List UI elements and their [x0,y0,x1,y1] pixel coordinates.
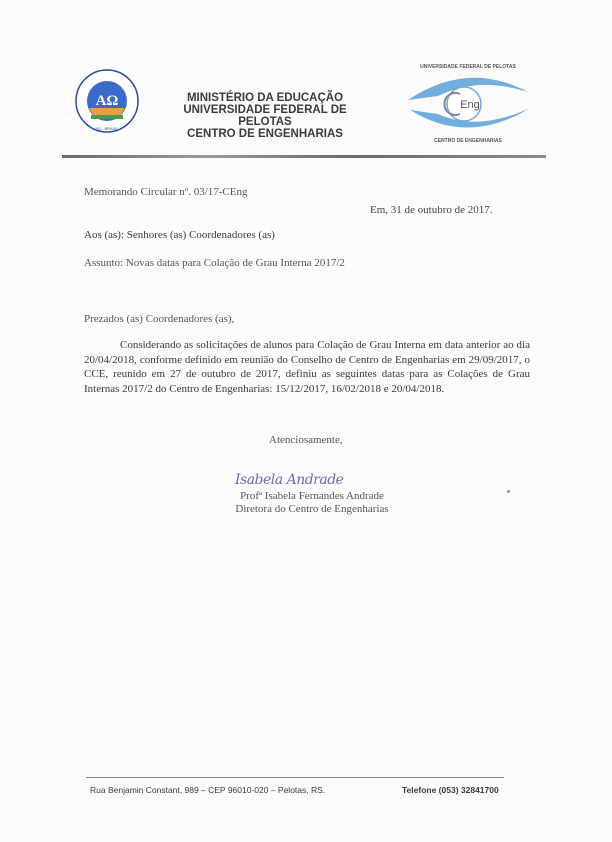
ceng-logo-bottom-text: CENTRO DE ENGENHARIAS [398,138,538,144]
svg-text:RS - BRASIL: RS - BRASIL [95,126,119,131]
ufpel-seal-logo: AΩ RS - BRASIL [74,68,140,134]
footer-phone: Telefone (053) 32841700 [402,785,499,795]
memo-number: Memorando Circular nº. 03/17-CEng [84,186,248,198]
footer-divider [86,777,504,778]
ceng-logo: UNIVERSIDADE FEDERAL DE PELOTAS Eng CENT… [398,64,538,150]
letterhead-title: MINISTÉRIO DA EDUCAÇÃO UNIVERSIDADE FEDE… [160,92,370,140]
memo-salutation: Prezados (as) Coordenadores (as), [84,313,234,325]
university-line: UNIVERSIDADE FEDERAL DE PELOTAS [160,104,370,128]
ministry-line: MINISTÉRIO DA EDUCAÇÃO [160,92,370,104]
center-line: CENTRO DE ENGENHARIAS [160,128,370,140]
svg-text:Eng: Eng [460,99,480,111]
memo-subject: Assunto: Novas datas para Colação de Gra… [84,257,345,269]
footer-address: Rua Benjamin Constant, 989 – CEP 96010-0… [90,785,325,795]
signer-title: Diretora do Centro de Engenharias [224,503,400,516]
signer-name: Profª Isabela Fernandes Andrade [224,490,400,503]
memo-closing: Atenciosamente, [269,434,343,446]
header-divider [62,155,546,158]
signer-block: Profª Isabela Fernandes Andrade Diretora… [224,490,400,516]
handwritten-signature: Isabela Andrade [235,472,343,488]
memo-body: Considerando as solicitações de alunos p… [84,338,530,396]
scan-speck [507,490,510,493]
memo-recipients: Aos (as): Senhores (as) Coordenadores (a… [84,229,275,241]
svg-text:AΩ: AΩ [96,93,119,109]
memo-date: Em, 31 de outubro de 2017. [370,204,493,216]
